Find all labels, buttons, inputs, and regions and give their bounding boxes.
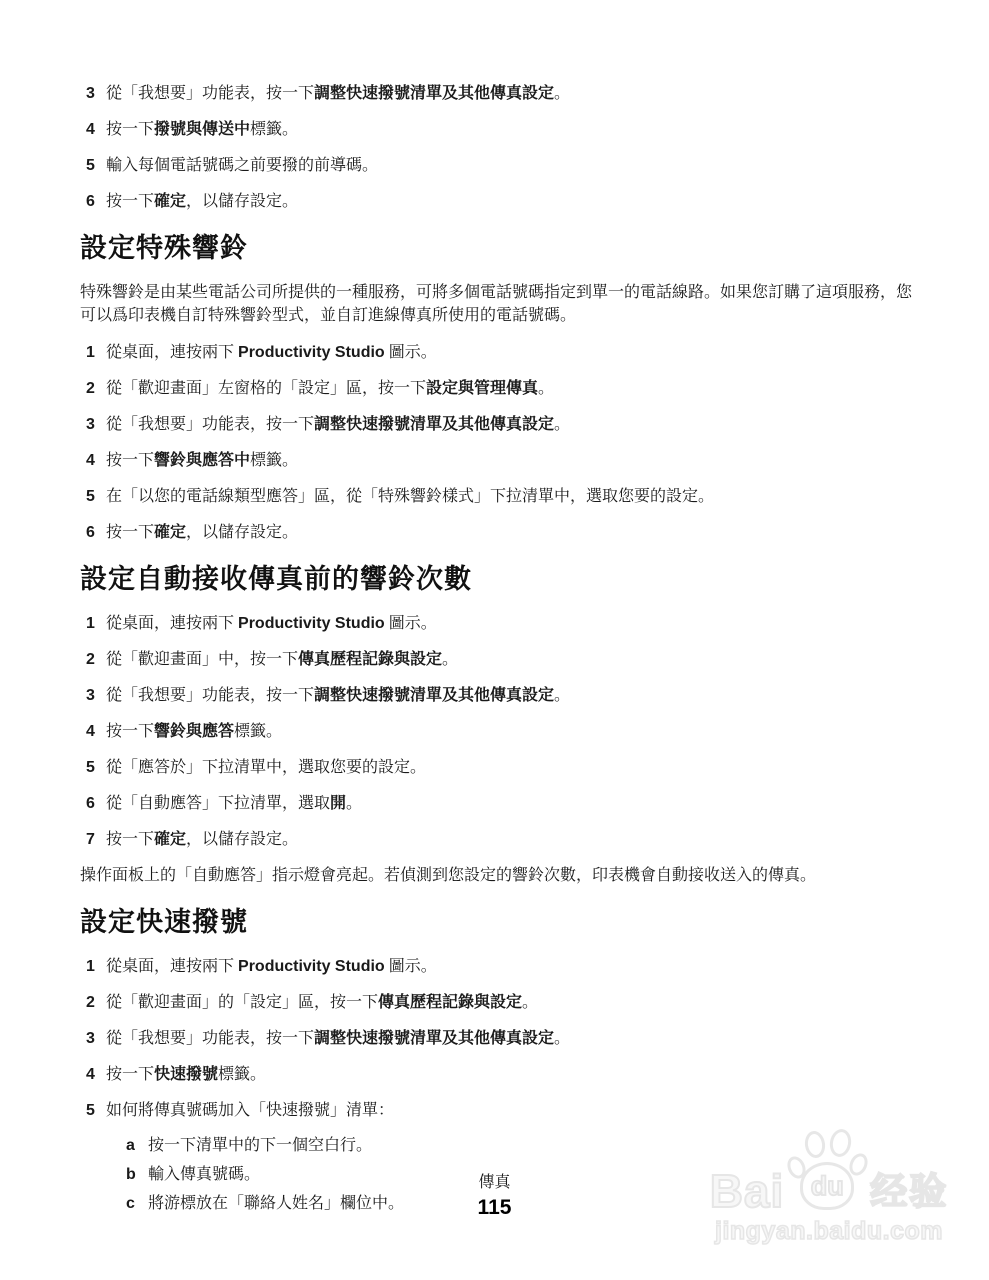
text-segment: 。 <box>442 651 458 668</box>
text-segment: 確定 <box>154 831 186 848</box>
step-text: 從「歡迎畫面」左窗格的「設定」區，按一下設定與管理傳真。 <box>106 377 912 400</box>
step-marker: 7 <box>80 828 106 851</box>
text-segment: 調整快速撥號清單及其他傳真設定 <box>314 85 554 102</box>
text-segment: 從「我想要」功能表，按一下 <box>106 1030 314 1047</box>
step-text: 按一下響鈴與應答標籤。 <box>106 720 912 743</box>
text-segment: 撥號與傳送中 <box>154 121 250 138</box>
step-text: 從桌面，連按兩下 Productivity Studio 圖示。 <box>106 955 912 978</box>
step-text: 按一下響鈴與應答中標籤。 <box>106 449 912 472</box>
text-segment: 在「以您的電話線類型應答」區，從「特殊響鈴樣式」下拉清單中，選取您要的設定。 <box>106 488 714 505</box>
step-item: 2從「歡迎畫面」中，按一下傳真歷程記錄與設定。 <box>80 648 912 671</box>
text-segment: 按一下 <box>106 452 154 469</box>
step-item: 1從桌面，連按兩下 Productivity Studio 圖示。 <box>80 955 912 978</box>
text-segment: 標籤。 <box>250 121 298 138</box>
step-item: 1從桌面，連按兩下 Productivity Studio 圖示。 <box>80 341 912 364</box>
section-outro-paragraph: 操作面板上的「自動應答」指示燈會亮起。若偵測到您設定的響鈴次數，印表機會自動接收… <box>80 864 912 887</box>
text-segment: 按一下 <box>106 723 154 740</box>
step-text: 從「應答於」下拉清單中，選取您要的設定。 <box>106 756 912 779</box>
step-marker: 4 <box>80 449 106 472</box>
step-item: 6按一下確定，以儲存設定。 <box>80 521 912 544</box>
step-item: 4按一下快速撥號標籤。 <box>80 1063 912 1086</box>
step-text: 按一下清單中的下一個空白行。 <box>148 1134 912 1157</box>
dialing-prefix-steps: 3從「我想要」功能表，按一下調整快速撥號清單及其他傳真設定。4按一下撥號與傳送中… <box>80 82 912 213</box>
step-text: 從「我想要」功能表，按一下調整快速撥號清單及其他傳真設定。 <box>106 82 912 105</box>
text-segment: Productivity Studio <box>238 344 385 361</box>
text-segment: 按一下 <box>106 121 154 138</box>
text-segment: 如何將傳真號碼加入「快速撥號」清單： <box>106 1102 394 1119</box>
step-item: 4按一下撥號與傳送中標籤。 <box>80 118 912 141</box>
text-segment: 。 <box>554 416 570 433</box>
text-segment: 按一下 <box>106 524 154 541</box>
text-segment: 從「自動應答」下拉清單，選取 <box>106 795 330 812</box>
step-marker: 2 <box>80 991 106 1014</box>
step-item: 3從「我想要」功能表，按一下調整快速撥號清單及其他傳真設定。 <box>80 413 912 436</box>
text-segment: 。 <box>346 795 362 812</box>
text-segment: 標籤。 <box>218 1066 266 1083</box>
step-text: 按一下確定，以儲存設定。 <box>106 521 912 544</box>
step-item: 3從「我想要」功能表，按一下調整快速撥號清單及其他傳真設定。 <box>80 684 912 707</box>
step-item: 2從「歡迎畫面」左窗格的「設定」區，按一下設定與管理傳真。 <box>80 377 912 400</box>
text-segment: 。 <box>554 687 570 704</box>
step-item: 3從「我想要」功能表，按一下調整快速撥號清單及其他傳真設定。 <box>80 82 912 105</box>
step-marker: 3 <box>80 413 106 436</box>
page-content: 3從「我想要」功能表，按一下調整快速撥號清單及其他傳真設定。4按一下撥號與傳送中… <box>80 82 912 1234</box>
step-item: 5從「應答於」下拉清單中，選取您要的設定。 <box>80 756 912 779</box>
section-heading: 設定自動接收傳真前的響鈴次數 <box>80 564 912 595</box>
section-intro-paragraph: 特殊響鈴是由某些電話公司所提供的一種服務，可將多個電話號碼指定到單一的電話線路。… <box>80 281 912 327</box>
step-text: 從「歡迎畫面」的「設定」區，按一下傳真歷程記錄與設定。 <box>106 991 912 1014</box>
step-text: 按一下確定，以儲存設定。 <box>106 190 912 213</box>
text-segment: Productivity Studio <box>238 958 385 975</box>
text-segment: 從「我想要」功能表，按一下 <box>106 416 314 433</box>
step-text: 從「我想要」功能表，按一下調整快速撥號清單及其他傳真設定。 <box>106 1027 912 1050</box>
step-text: 從「我想要」功能表，按一下調整快速撥號清單及其他傳真設定。 <box>106 684 912 707</box>
step-text: 從「我想要」功能表，按一下調整快速撥號清單及其他傳真設定。 <box>106 413 912 436</box>
distinctive-ring-section: 設定特殊響鈴特殊響鈴是由某些電話公司所提供的一種服務，可將多個電話號碼指定到單一… <box>80 233 912 544</box>
text-segment: ，以儲存設定。 <box>186 193 298 210</box>
section-heading: 設定特殊響鈴 <box>80 233 912 264</box>
step-text: 按一下快速撥號標籤。 <box>106 1063 912 1086</box>
text-segment: 。 <box>554 85 570 102</box>
text-segment: ，以儲存設定。 <box>186 831 298 848</box>
text-segment: 響鈴與應答 <box>154 723 234 740</box>
text-segment: 輸入每個電話號碼之前要撥的前導碼。 <box>106 157 378 174</box>
text-segment: ，以儲存設定。 <box>186 524 298 541</box>
text-segment: 傳真歷程記錄與設定 <box>378 994 522 1011</box>
step-text: 在「以您的電話線類型應答」區，從「特殊響鈴樣式」下拉清單中，選取您要的設定。 <box>106 485 912 508</box>
text-segment: 從「我想要」功能表，按一下 <box>106 687 314 704</box>
step-marker: 3 <box>80 684 106 707</box>
text-segment: 從「我想要」功能表，按一下 <box>106 85 314 102</box>
step-marker: 4 <box>80 720 106 743</box>
text-segment: 從桌面，連按兩下 <box>106 344 238 361</box>
step-item: 6按一下確定，以儲存設定。 <box>80 190 912 213</box>
text-segment: 開 <box>330 795 346 812</box>
step-item: 6從「自動應答」下拉清單，選取開。 <box>80 792 912 815</box>
text-segment: 圖示。 <box>385 615 437 632</box>
text-segment: 圖示。 <box>385 344 437 361</box>
text-segment: 調整快速撥號清單及其他傳真設定 <box>314 687 554 704</box>
step-marker: 1 <box>80 612 106 635</box>
text-segment: 標籤。 <box>250 452 298 469</box>
text-segment: 按一下清單中的下一個空白行。 <box>148 1137 372 1154</box>
step-text: 輸入每個電話號碼之前要撥的前導碼。 <box>106 154 912 177</box>
text-segment: 從桌面，連按兩下 <box>106 958 238 975</box>
text-segment: 確定 <box>154 193 186 210</box>
text-segment: Productivity Studio <box>238 615 385 632</box>
text-segment: 調整快速撥號清單及其他傳真設定 <box>314 1030 554 1047</box>
text-segment: 標籤。 <box>234 723 282 740</box>
step-marker: 6 <box>80 792 106 815</box>
text-segment: 調整快速撥號清單及其他傳真設定 <box>314 416 554 433</box>
text-segment: 。 <box>538 380 554 397</box>
section-heading: 設定快速撥號 <box>80 907 912 938</box>
step-item: 5在「以您的電話線類型應答」區，從「特殊響鈴樣式」下拉清單中，選取您要的設定。 <box>80 485 912 508</box>
footer-chapter-label: 傳真 <box>0 1174 989 1192</box>
step-marker: a <box>126 1134 148 1157</box>
step-item: 4按一下響鈴與應答標籤。 <box>80 720 912 743</box>
text-segment: 響鈴與應答中 <box>154 452 250 469</box>
text-segment: 從「歡迎畫面」的「設定」區，按一下 <box>106 994 378 1011</box>
step-text: 從「自動應答」下拉清單，選取開。 <box>106 792 912 815</box>
step-marker: 3 <box>80 82 106 105</box>
step-marker: 4 <box>80 1063 106 1086</box>
text-segment: 圖示。 <box>385 958 437 975</box>
text-segment: 設定與管理傳真 <box>426 380 538 397</box>
step-marker: 2 <box>80 648 106 671</box>
step-marker: 5 <box>80 154 106 177</box>
step-marker: 6 <box>80 521 106 544</box>
step-item: 4按一下響鈴與應答中標籤。 <box>80 449 912 472</box>
step-marker: 4 <box>80 118 106 141</box>
step-marker: 6 <box>80 190 106 213</box>
step-marker: 1 <box>80 341 106 364</box>
step-text: 按一下撥號與傳送中標籤。 <box>106 118 912 141</box>
text-segment: 從桌面，連按兩下 <box>106 615 238 632</box>
step-item: 3從「我想要」功能表，按一下調整快速撥號清單及其他傳真設定。 <box>80 1027 912 1050</box>
text-segment: 按一下 <box>106 831 154 848</box>
step-item: 7按一下確定，以儲存設定。 <box>80 828 912 851</box>
manual-page: 3從「我想要」功能表，按一下調整快速撥號清單及其他傳真設定。4按一下撥號與傳送中… <box>0 0 989 1280</box>
text-segment: 傳真歷程記錄與設定 <box>298 651 442 668</box>
rings-before-auto-answer-section: 設定自動接收傳真前的響鈴次數1從桌面，連按兩下 Productivity Stu… <box>80 564 912 887</box>
text-segment: 確定 <box>154 524 186 541</box>
step-item: 2從「歡迎畫面」的「設定」區，按一下傳真歷程記錄與設定。 <box>80 991 912 1014</box>
text-segment: 。 <box>522 994 538 1011</box>
step-text: 從桌面，連按兩下 Productivity Studio 圖示。 <box>106 341 912 364</box>
text-segment: 按一下 <box>106 1066 154 1083</box>
text-segment: 從「歡迎畫面」中，按一下 <box>106 651 298 668</box>
text-segment: 從「歡迎畫面」左窗格的「設定」區，按一下 <box>106 380 426 397</box>
step-text: 按一下確定，以儲存設定。 <box>106 828 912 851</box>
text-segment: 快速撥號 <box>154 1066 218 1083</box>
step-text: 從桌面，連按兩下 Productivity Studio 圖示。 <box>106 612 912 635</box>
step-marker: 5 <box>80 1099 106 1122</box>
step-item: 5輸入每個電話號碼之前要撥的前導碼。 <box>80 154 912 177</box>
page-footer: 傳真 115 <box>0 1174 989 1219</box>
step-marker: 5 <box>80 485 106 508</box>
step-marker: 5 <box>80 756 106 779</box>
text-segment: 。 <box>554 1030 570 1047</box>
step-item: 1從桌面，連按兩下 Productivity Studio 圖示。 <box>80 612 912 635</box>
substep-item: a按一下清單中的下一個空白行。 <box>126 1134 912 1157</box>
text-segment: 按一下 <box>106 193 154 210</box>
footer-page-number: 115 <box>0 1196 989 1219</box>
step-marker: 2 <box>80 377 106 400</box>
step-marker: 1 <box>80 955 106 978</box>
text-segment: 從「應答於」下拉清單中，選取您要的設定。 <box>106 759 426 776</box>
step-text: 從「歡迎畫面」中，按一下傳真歷程記錄與設定。 <box>106 648 912 671</box>
step-marker: 3 <box>80 1027 106 1050</box>
